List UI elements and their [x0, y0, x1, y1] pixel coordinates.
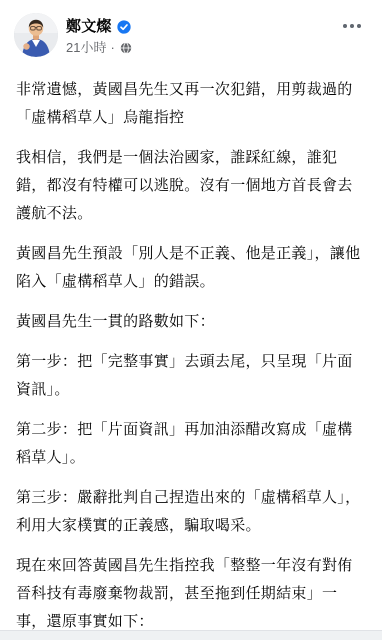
timestamp[interactable]: 21小時	[66, 39, 106, 56]
post-header: 鄭文燦 21小時 ·	[0, 0, 382, 57]
profile-photo	[14, 13, 58, 57]
ellipsis-dot	[343, 24, 347, 28]
next-section-edge	[0, 630, 382, 640]
meta-separator: ·	[110, 39, 114, 56]
ellipsis-dot	[357, 24, 361, 28]
post-meta: 21小時 ·	[66, 39, 366, 56]
verified-badge-icon	[117, 20, 131, 34]
post-paragraph: 黃國昌先生一貫的路數如下：	[16, 308, 366, 336]
post-paragraph: 黃國昌先生預設「別人是不正義、他是正義」，讓他陷入「虛構稻草人」的錯誤。	[16, 240, 366, 296]
author-name[interactable]: 鄭文燦	[66, 17, 112, 36]
globe-icon	[120, 42, 132, 54]
post-paragraph: 我相信，我們是一個法治國家，誰踩紅線，誰犯錯，都沒有特權可以逃脫。沒有一個地方首…	[16, 144, 366, 228]
post-paragraph: 現在來回答黃國昌先生指控我「整整一年沒有對侑晉科技有毒廢棄物裁罰，甚至拖到任期結…	[16, 552, 366, 636]
post-menu-button[interactable]	[338, 16, 366, 36]
post-body: 非常遺憾，黃國昌先生又再一次犯錯，用剪裁過的「虛構稻草人」烏龍指控 我相信，我們…	[0, 57, 382, 636]
post-paragraph: 非常遺憾，黃國昌先生又再一次犯錯，用剪裁過的「虛構稻草人」烏龍指控	[16, 76, 366, 132]
ellipsis-dot	[350, 24, 354, 28]
post-paragraph: 第一步：把「完整事實」去頭去尾，只呈現「片面資訊」。	[16, 348, 366, 404]
header-text: 鄭文燦 21小時 ·	[66, 13, 366, 56]
avatar[interactable]	[14, 13, 58, 57]
facebook-post: 鄭文燦 21小時 · 非常遺憾，黃國昌先生又再一次犯錯	[0, 0, 382, 640]
post-paragraph: 第三步：嚴辭批判自己捏造出來的「虛構稻草人」，利用大家樸實的正義感，騙取喝采。	[16, 484, 366, 540]
post-paragraph: 第二步：把「片面資訊」再加油添醋改寫成「虛構稻草人」。	[16, 416, 366, 472]
